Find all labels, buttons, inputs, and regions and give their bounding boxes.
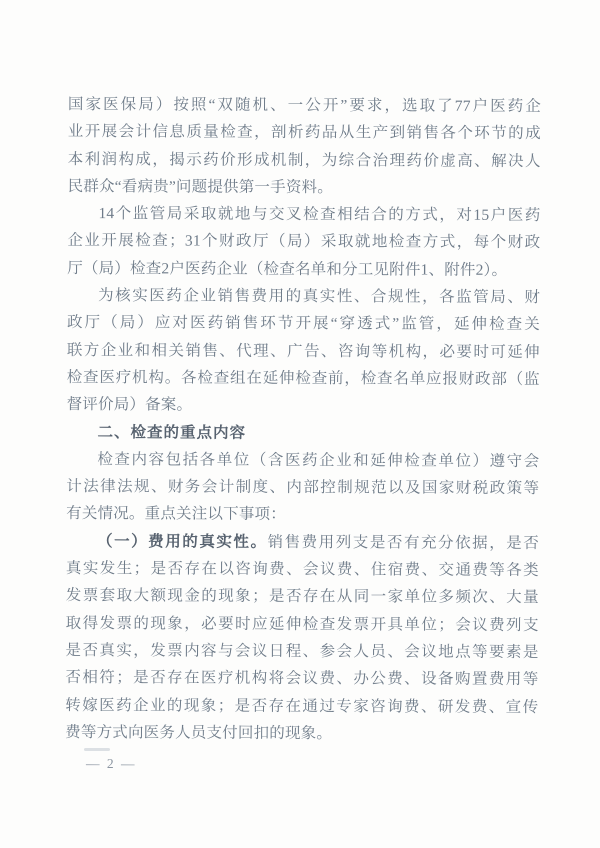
text-line: 企业开展检查；31个财政厅（局）采取就地检查方式，每个财政 (67, 227, 540, 256)
text-line: （一）费用的真实性。销售费用列支是否有充分依据，是否 (66, 528, 539, 557)
text-line: 本利润构成，揭示药价形成机制，为综合治理药价虚高、解决人 (68, 146, 541, 175)
text-line: 国家医保局）按照“双随机、一公开”要求，选取了77户医药企 (68, 91, 541, 120)
item-text: 销售费用列支是否有充分依据，是否 (268, 534, 540, 552)
item-label: （一）费用的真实性。 (97, 533, 268, 551)
text-line: 计法律法规、财务会计制度、内部控制规范以及国家财税政策等 (66, 473, 539, 502)
text-line: 转嫁医药企业的现象；是否存在通过专家咨询费、研发费、宣传 (65, 692, 538, 721)
text-line: 业开展会计信息质量检查，剖析药品从生产到销售各个环节的成 (68, 118, 541, 147)
text-line: 发票套取大额现金的现象；是否存在从同一家单位多频次、大量 (66, 582, 539, 611)
text-line: 检查内容包括各单位（含医药企业和延伸检查单位）遵守会 (66, 446, 539, 475)
text-line: 民群众“看病贵”问题提供第一手资料。 (68, 173, 541, 202)
scan-smudge (84, 748, 110, 751)
text-line: 是否真实，发票内容与会议日程、参会人员、会议地点等要素是 (65, 637, 538, 666)
page-number: — 2 — (86, 756, 137, 772)
text-line: 有关情况。重点关注以下事项： (66, 500, 539, 529)
text-line: 取得发票的现象，必要时应延伸检查发票开具单位；会议费列支 (66, 610, 539, 639)
section-heading: 二、检查的重点内容 (66, 419, 539, 448)
text-line: 否相符；是否存在医疗机构将会议费、办公费、设备购置费用等 (65, 664, 538, 693)
page-content: 国家医保局）按照“双随机、一公开”要求，选取了77户医药企 业开展会计信息质量检… (65, 91, 541, 748)
text-line: 费等方式向医务人员支付回扣的现象。 (65, 719, 538, 748)
text-line: 14个监管局采取就地与交叉检查相结合的方式，对15户医药 (67, 200, 540, 229)
text-line: 为核实医药企业销售费用的真实性、合规性，各监管局、财 (67, 282, 540, 311)
text-line: 政厅（局）应对医药销售环节开展“穿透式”监管，延伸检查关 (67, 309, 540, 338)
text-line: 真实发生；是否存在以咨询费、会议费、住宿费、交通费等各类 (66, 555, 539, 584)
text-line: 厅（局）检查2户医药企业（检查名单和分工见附件1、附件2）。 (67, 255, 540, 284)
text-line: 检查医疗机构。各检查组在延伸检查前，检查名单应报财政部（监 (67, 364, 540, 393)
text-line: 督评价局）备案。 (67, 391, 540, 420)
text-line: 联方企业和相关销售、代理、广告、咨询等机构，必要时可延伸 (67, 337, 540, 366)
document-page: 国家医保局）按照“双随机、一公开”要求，选取了77户医药企 业开展会计信息质量检… (0, 0, 600, 848)
